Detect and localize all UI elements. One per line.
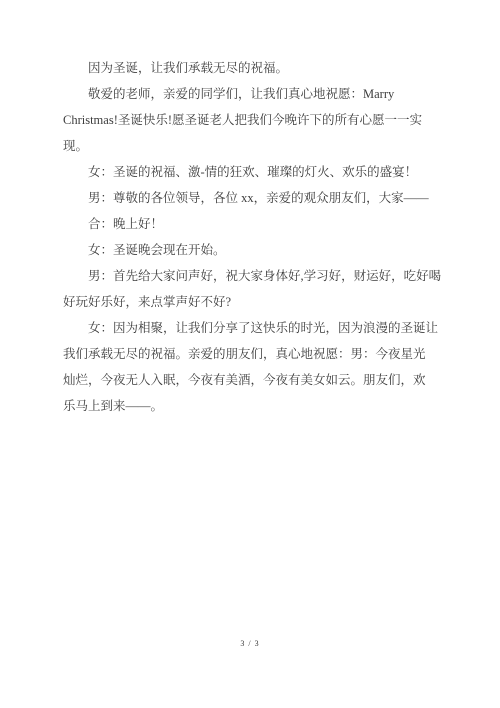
text-line: 现。 xyxy=(63,133,439,159)
text-line: 女：因为相聚，让我们分享了这快乐的时光，因为浪漫的圣诞让 xyxy=(63,315,439,341)
text-line: 合：晚上好！ xyxy=(63,211,439,237)
text-line: 因为圣诞，让我们承载无尽的祝福。 xyxy=(63,55,439,81)
text-line: 男：尊敬的各位领导，各位 xx，亲爱的观众朋友们，大家—— xyxy=(63,185,439,211)
text-line: 好玩好乐好，来点掌声好不好? xyxy=(63,289,439,315)
text-line: 女：圣诞晚会现在开始。 xyxy=(63,237,439,263)
text-line: Christmas!圣诞快乐!愿圣诞老人把我们今晚许下的所有心愿一一实 xyxy=(63,107,439,133)
text-line: 女：圣诞的祝福、激-情的狂欢、璀璨的灯火、欢乐的盛宴！ xyxy=(63,159,439,185)
page-number: 3 / 3 xyxy=(0,638,500,650)
document-page: 因为圣诞，让我们承载无尽的祝福。敬爱的老师，亲爱的同学们，让我们真心地祝愿：Ma… xyxy=(0,0,500,708)
text-line: 我们承载无尽的祝福。亲爱的朋友们，真心地祝愿：男：今夜星光 xyxy=(63,341,439,367)
document-body: 因为圣诞，让我们承载无尽的祝福。敬爱的老师，亲爱的同学们，让我们真心地祝愿：Ma… xyxy=(63,55,439,419)
text-line: 灿烂，今夜无人入眠，今夜有美酒，今夜有美女如云。朋友们，欢 xyxy=(63,367,439,393)
text-line: 乐马上到来——。 xyxy=(63,393,439,419)
text-line: 敬爱的老师，亲爱的同学们，让我们真心地祝愿：Marry xyxy=(63,81,439,107)
text-line: 男：首先给大家问声好，祝大家身体好,学习好，财运好，吃好喝 xyxy=(63,263,439,289)
